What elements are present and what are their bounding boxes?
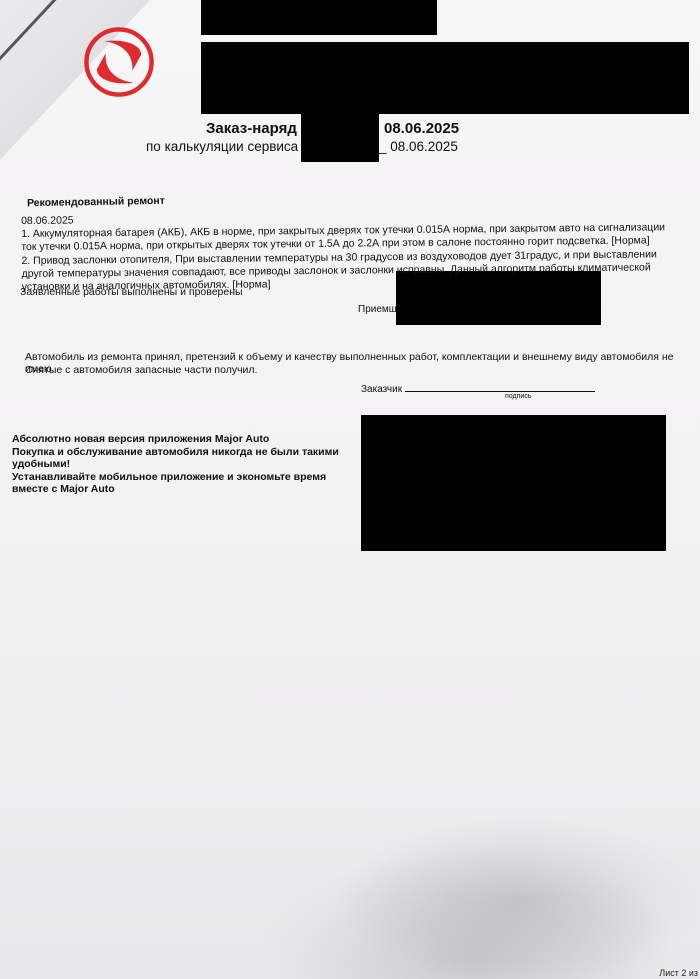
promo-line-3: Устанавливайте мобильное приложение и эк… xyxy=(12,471,342,496)
document-title: Заказ-наряд xyxy=(206,120,297,137)
document-subtitle: по калькуляции сервиса xyxy=(146,139,298,154)
completed-note: Заявленные работы выполнены и проверены xyxy=(20,286,243,299)
recommended-section: 08.06.2025 1. Аккумуляторная батарея (АК… xyxy=(21,208,682,294)
customer-label: Заказчик xyxy=(361,384,402,395)
subtitle-date: _ 08.06.2025 xyxy=(379,139,458,154)
redacted-block-header xyxy=(201,42,689,114)
promo-block: Абсолютно новая версия приложения Major … xyxy=(12,433,342,496)
redacted-block-top xyxy=(201,0,437,35)
promo-line-1: Абсолютно новая версия приложения Major … xyxy=(12,433,342,446)
redacted-qr-block xyxy=(361,415,666,551)
dongfeng-logo-icon xyxy=(82,25,156,99)
customer-signature: Заказчик xyxy=(361,381,595,395)
receiver-label: Приемщ xyxy=(358,304,397,315)
promo-line-2: Покупка и обслуживание автомобиля никогд… xyxy=(12,446,342,471)
page-number: Лист 2 из xyxy=(659,968,698,978)
recommended-heading: Рекомендованный ремонт xyxy=(27,195,165,209)
signature-line xyxy=(405,381,595,392)
acceptance-line-2: Снятые с автомобиля запасные части получ… xyxy=(25,364,257,376)
redacted-order-number xyxy=(301,114,379,162)
signature-caption: подпись xyxy=(505,393,531,400)
document-date: 08.06.2025 xyxy=(384,120,459,137)
